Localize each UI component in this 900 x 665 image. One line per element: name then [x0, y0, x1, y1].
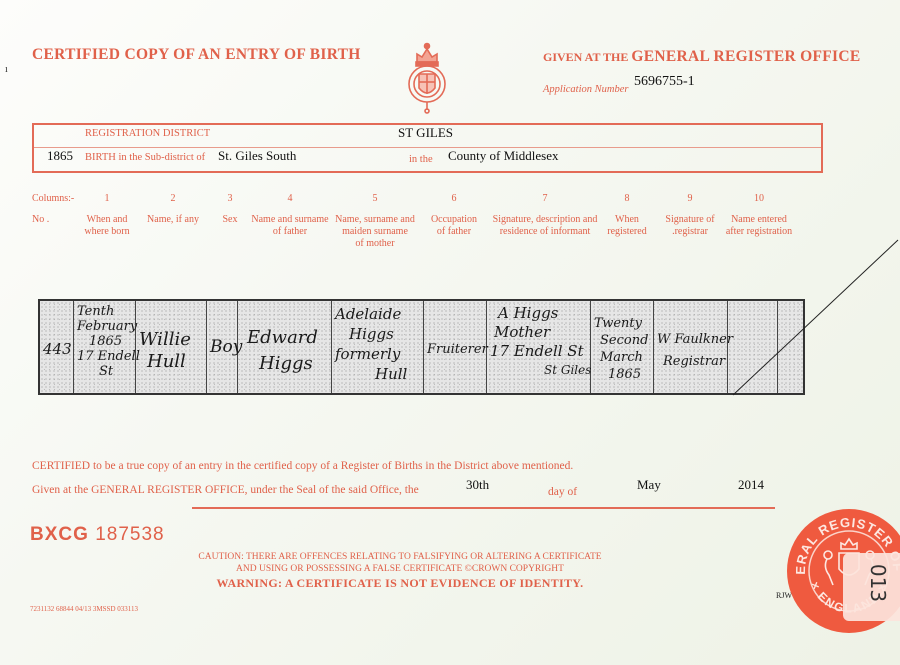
form-code: 7231132 68844 04/13 3MSSD 033113	[30, 605, 138, 613]
signature-rule	[192, 507, 775, 509]
certification-statement: CERTIFIED to be a true copy of an entry …	[32, 460, 573, 472]
caution-line-1: CAUTION: THERE ARE OFFENCES RELATING TO …	[180, 551, 620, 563]
column-number-6: 6	[452, 193, 457, 204]
entry-blank-cell	[728, 301, 778, 393]
entry-text: W Faulkner	[657, 329, 724, 351]
column-header-line: of father	[431, 226, 477, 238]
caution-notice: CAUTION: THERE ARE OFFENCES RELATING TO …	[180, 551, 620, 575]
application-number: 5696755-1	[634, 74, 695, 90]
column-header-line: Name, surname and	[335, 214, 415, 226]
entry-informant-cell: A Higgs Mother 17 Endell St St Giles	[487, 301, 591, 393]
subdistrict-label: BIRTH in the Sub-district of	[85, 152, 205, 163]
column-header-occupation: Occupation of father	[431, 214, 477, 238]
entry-text: Boy	[210, 339, 234, 356]
column-header-when-where-born: When and where born	[84, 214, 129, 238]
certificate-title: CERTIFIED COPY OF AN ENTRY OF BIRTH	[32, 46, 361, 64]
entry-mother-cell: Adelaide Higgs formerly Hull	[332, 301, 424, 393]
column-number-3: 3	[228, 193, 233, 204]
entry-text: 17 Endell	[77, 349, 132, 364]
columns-label: Columns:-	[32, 193, 74, 204]
column-header-line: Signature of	[665, 214, 714, 226]
application-number-label: Application Number	[543, 84, 628, 95]
column-number-5: 5	[373, 193, 378, 204]
entry-text: Twenty	[594, 315, 650, 332]
column-number-9: 9	[688, 193, 693, 204]
column-header-line: registered	[607, 226, 646, 238]
entry-text: A Higgs	[490, 304, 587, 323]
column-header-when-registered: When registered	[607, 214, 646, 238]
reference-sticker: 013	[843, 553, 900, 621]
column-header-line: .registrar	[665, 226, 714, 238]
royal-crest-icon	[403, 40, 451, 114]
entry-number-cell: 443	[40, 301, 74, 393]
registration-year: 1865	[47, 148, 73, 164]
entry-text: Tenth	[77, 304, 132, 319]
gro-title-main: GENERAL REGISTER OFFICE	[631, 48, 860, 65]
entry-text: 1865	[77, 334, 132, 349]
column-header-registrar: Signature of .registrar	[665, 214, 714, 238]
gro-title: GIVEN AT THE GENERAL REGISTER OFFICE	[543, 48, 861, 66]
gro-title-prefix: GIVEN AT THE	[543, 50, 628, 64]
subdistrict-value: St. Giles South	[218, 148, 296, 164]
entry-text: Hull	[139, 351, 203, 373]
identity-warning: WARNING: A CERTIFICATE IS NOT EVIDENCE O…	[180, 576, 620, 591]
column-header-line: Signature, description and	[493, 214, 598, 226]
entry-when-registered-cell: Twenty Second March 1865	[591, 301, 654, 393]
column-header-line: Occupation	[431, 214, 477, 226]
column-number-2: 2	[171, 193, 176, 204]
registration-district-label: REGISTRATION DISTRICT	[85, 128, 210, 139]
column-number-1: 1	[105, 193, 110, 204]
column-header-line: residence of informant	[493, 226, 598, 238]
column-header-name-after: Name entered after registration	[726, 214, 792, 238]
register-entry-row: 443 Tenth February 1865 17 Endell St Wil…	[38, 299, 805, 395]
entry-sex-cell: Boy	[207, 301, 238, 393]
column-header-line: Name and surname	[251, 214, 328, 226]
entry-text: Hull	[335, 364, 420, 384]
column-header-line: Name, if any	[147, 214, 199, 226]
serial-number: 187538	[95, 524, 164, 545]
entry-text: February	[77, 319, 132, 334]
entry-text: St	[77, 364, 132, 379]
column-header-line: where born	[84, 226, 129, 238]
entry-occupation-cell: Fruiterer	[424, 301, 487, 393]
entry-name-cell: Willie Hull	[136, 301, 207, 393]
column-number-7: 7	[543, 193, 548, 204]
entry-text: Edward	[241, 325, 328, 351]
entry-text: Willie	[139, 329, 203, 351]
entry-father-cell: Edward Higgs	[238, 301, 332, 393]
entry-text: Registrar	[657, 351, 724, 373]
column-header-line: Name entered	[726, 214, 792, 226]
column-header-line: Sex	[223, 214, 238, 226]
entry-registrar-cell: W Faulkner Registrar	[654, 301, 728, 393]
entry-text: Mother	[490, 323, 587, 342]
issue-year: 2014	[738, 477, 764, 493]
column-header-line: When	[607, 214, 646, 226]
sticker-code: 013	[866, 564, 890, 602]
caution-line-2: AND USING OR POSSESSING A FALSE CERTIFIC…	[180, 563, 620, 575]
issue-month: May	[637, 477, 661, 493]
column-number-8: 8	[625, 193, 630, 204]
no-label: No .	[32, 214, 49, 225]
column-number-4: 4	[288, 193, 293, 204]
entry-text: Adelaide	[335, 304, 420, 324]
column-header-mother: Name, surname and maiden surname of moth…	[335, 214, 415, 250]
column-header-line: maiden surname	[335, 226, 415, 238]
certificate-serial: BXCG 187538	[30, 524, 165, 546]
in-the-label: in the	[409, 154, 433, 165]
entry-text: Higgs	[241, 351, 328, 377]
entry-text: formerly	[335, 344, 420, 364]
registration-box-divider	[34, 147, 821, 148]
column-header-line: When and	[84, 214, 129, 226]
issue-day: 30th	[466, 477, 489, 493]
entry-text: March	[594, 349, 650, 366]
entry-when-where-born-cell: Tenth February 1865 17 Endell St	[74, 301, 136, 393]
stray-mark: ı	[5, 64, 8, 75]
column-header-informant: Signature, description and residence of …	[493, 214, 598, 238]
entry-number: 443	[43, 341, 70, 358]
column-header-line: of mother	[335, 238, 415, 250]
column-number-10: 10	[754, 193, 764, 204]
registration-district-value: ST GILES	[398, 125, 453, 141]
county-value: County of Middlesex	[448, 148, 559, 164]
given-at-statement: Given at the GENERAL REGISTER OFFICE, un…	[32, 484, 419, 496]
entry-name-after-cell	[778, 301, 803, 393]
column-header-line: after registration	[726, 226, 792, 238]
column-header-father: Name and surname of father	[251, 214, 328, 238]
entry-text: St Giles	[490, 361, 587, 380]
entry-text: Fruiterer	[427, 341, 483, 358]
serial-prefix: BXCG	[30, 524, 89, 545]
column-header-line: of father	[251, 226, 328, 238]
entry-text: 17 Endell St	[490, 342, 587, 361]
entry-text: Higgs	[335, 324, 420, 344]
column-header-sex: Sex	[223, 214, 238, 226]
entry-text: 1865	[594, 366, 650, 383]
column-header-name: Name, if any	[147, 214, 199, 226]
day-of-label: day of	[548, 486, 577, 498]
entry-text: Second	[594, 332, 650, 349]
